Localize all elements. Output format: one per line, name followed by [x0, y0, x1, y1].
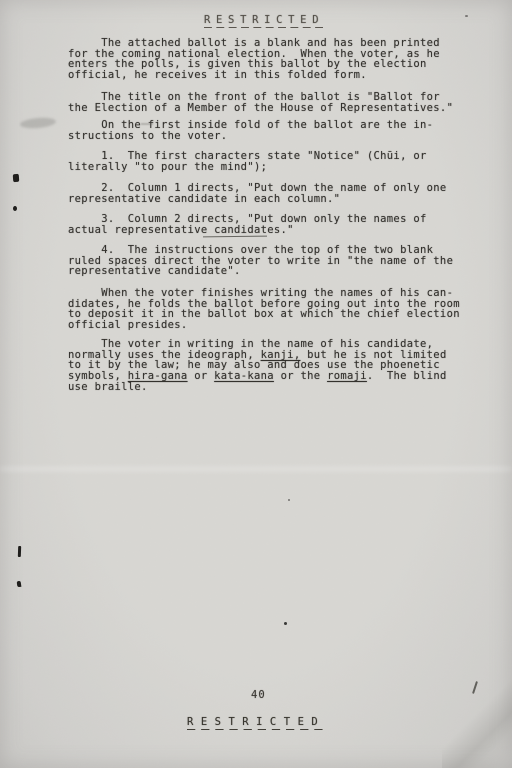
scan-speck-small	[288, 499, 290, 501]
pencil-smudge	[20, 116, 57, 129]
text-run: The title on the front of the ballot is …	[68, 91, 453, 114]
paragraph-writing-systems: The voter in writing in the name of his …	[68, 339, 447, 393]
margin-apostrophe-mark	[17, 581, 22, 587]
text-run: 3. Column 2 directs, "Put down only the …	[68, 213, 427, 236]
page-number: 40	[251, 689, 266, 701]
list-item-2: 2. Column 1 directs, "Put down the name …	[68, 183, 447, 204]
paragraph-folding: When the voter finishes writing the name…	[68, 288, 460, 331]
paragraph-intro: The attached ballot is a blank and has b…	[68, 38, 440, 81]
underlined-term: romaji	[327, 370, 367, 382]
text-run: or	[188, 370, 215, 382]
ink-blot	[13, 174, 20, 182]
underlined-term: kata-kana	[214, 370, 274, 382]
text-run: 2. Column 1 directs, "Put down the name …	[68, 182, 447, 205]
text-run: On the first inside fold of the ballot a…	[68, 119, 433, 142]
pen-scratch-mark	[472, 681, 478, 694]
classification-footer: RESTRICTED	[187, 716, 325, 730]
text-run: When the voter finishes writing the name…	[68, 287, 460, 331]
pencil-dash	[141, 123, 153, 125]
text-run: 4. The instructions over the top of the …	[68, 244, 453, 277]
paragraph-ballot-title: The title on the front of the ballot is …	[68, 92, 453, 113]
classification-header: RESTRICTED	[204, 14, 324, 28]
document-page: RESTRICTED The attached ballot is a blan…	[0, 0, 512, 768]
list-item-1: 1. The first characters state "Notice" (…	[68, 151, 427, 172]
stray-underline	[203, 236, 267, 238]
list-item-3: 3. Column 2 directs, "Put down only the …	[68, 214, 427, 235]
text-run: The attached ballot is a blank and has b…	[68, 37, 440, 81]
ink-dot	[13, 206, 17, 211]
corner-crease	[442, 638, 512, 768]
scan-speck	[284, 622, 287, 625]
scan-band	[0, 466, 512, 472]
text-run: or the	[274, 370, 327, 382]
paragraph-instructions-intro: On the first inside fold of the ballot a…	[68, 120, 433, 141]
margin-tick-mark	[18, 546, 21, 557]
list-item-4: 4. The instructions over the top of the …	[68, 245, 453, 277]
scan-speck-top	[465, 15, 468, 17]
text-run: 1. The first characters state "Notice" (…	[68, 150, 427, 173]
